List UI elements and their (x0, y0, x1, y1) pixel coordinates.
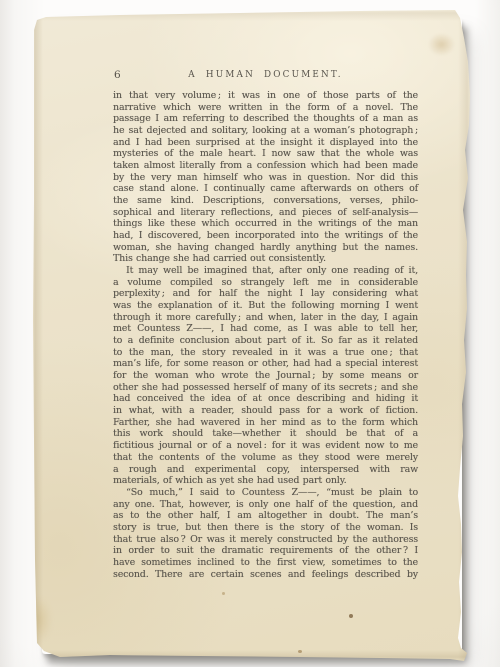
foxing-speck (298, 650, 302, 653)
text-line: that true also ? Or was it merely constr… (113, 534, 418, 546)
page-header: 6 A HUMAN DOCUMENT. (113, 69, 418, 83)
foxing-speck (349, 614, 353, 618)
text-line: narrative which were written in the form… (113, 102, 418, 114)
text-line: by the very man himself who was in quest… (113, 172, 418, 184)
text-line: was the explanation of it. But the follo… (113, 300, 418, 312)
text-line: man’s life, for some reason or other, ha… (113, 358, 418, 370)
text-line: in order to suit the dramatic requiremen… (113, 545, 418, 557)
text-line: he sat dejected and solitary, looking at… (113, 125, 418, 137)
text-line: to the man, the story revealed in it was… (113, 347, 418, 359)
text-line: through it more carefully ; and when, la… (113, 312, 418, 324)
text-line: passage I am referring to described the … (113, 113, 418, 125)
text-line: things like these which occurred in the … (113, 218, 418, 230)
text-line: any one. That, however, is only one half… (113, 499, 418, 511)
text-line: had, I discovered, been incorporated int… (113, 230, 418, 242)
text-line: in that very volume ; it was in one of t… (113, 90, 418, 102)
text-line: “So much,” I said to Countess Z——, “must… (113, 487, 418, 499)
text-line: story is true, but then there is the sto… (113, 522, 418, 534)
text-line: sophical and literary reflections, and p… (113, 207, 418, 219)
text-line: other she had possessed herself of many … (113, 382, 418, 394)
text-line: woman, she having changed hardly anythin… (113, 242, 418, 254)
text-line: It may well be imagined that, after only… (113, 265, 418, 277)
text-line: a rough and experimental copy, intersper… (113, 464, 418, 476)
body-text: in that very volume ; it was in one of t… (113, 90, 418, 580)
text-line: perplexity ; and for half the night I la… (113, 288, 418, 300)
paragraph: It may well be imagined that, after only… (113, 265, 418, 487)
text-line: case stand alone. I continually came aft… (113, 183, 418, 195)
text-line: a volume compiled so strangely left me i… (113, 277, 418, 289)
text-line: second. There are certain scenes and fee… (113, 569, 418, 581)
text-line: fictitious journal or of a novel : for i… (113, 440, 418, 452)
text-line: to a definite conclusion about part of i… (113, 335, 418, 347)
paragraph: “So much,” I said to Countess Z——, “must… (113, 487, 418, 580)
running-title: A HUMAN DOCUMENT. (113, 70, 418, 80)
text-line: this work should take—whether it should … (113, 428, 418, 440)
text-line: met Countess Z——, I had come, as I was a… (113, 323, 418, 335)
text-line: as to the other half, I am altogether in… (113, 510, 418, 522)
photo-backdrop: 6 A HUMAN DOCUMENT. in that very volume … (0, 0, 500, 667)
text-line: for the woman who wrote the Journal ; by… (113, 370, 418, 382)
paragraph: in that very volume ; it was in one of t… (113, 90, 418, 265)
text-line: that the contents of the volume as they … (113, 452, 418, 464)
text-line: Farther, she had wavered in her mind as … (113, 417, 418, 429)
text-line: and I had been surprised at the insight … (113, 137, 418, 149)
stain-top-right (428, 33, 455, 56)
text-line: the same kind. Descriptions, conversatio… (113, 195, 418, 207)
text-line: materials, of which as yet she had used … (113, 475, 418, 487)
text-line: in what, with a reader, should pass for … (113, 405, 418, 417)
book-page: 6 A HUMAN DOCUMENT. in that very volume … (0, 0, 500, 667)
text-line: mysteries of the male heart. I now saw t… (113, 148, 418, 160)
text-line: This change she had carried out consiste… (113, 253, 418, 265)
text-line: had conceived the idea of at once descri… (113, 393, 418, 405)
text-line: have sometimes inclined to the first vie… (113, 557, 418, 569)
foxing-speck (222, 592, 225, 595)
text-line: taken almost literally from a confession… (113, 160, 418, 172)
stain-bottom-left (22, 596, 52, 644)
